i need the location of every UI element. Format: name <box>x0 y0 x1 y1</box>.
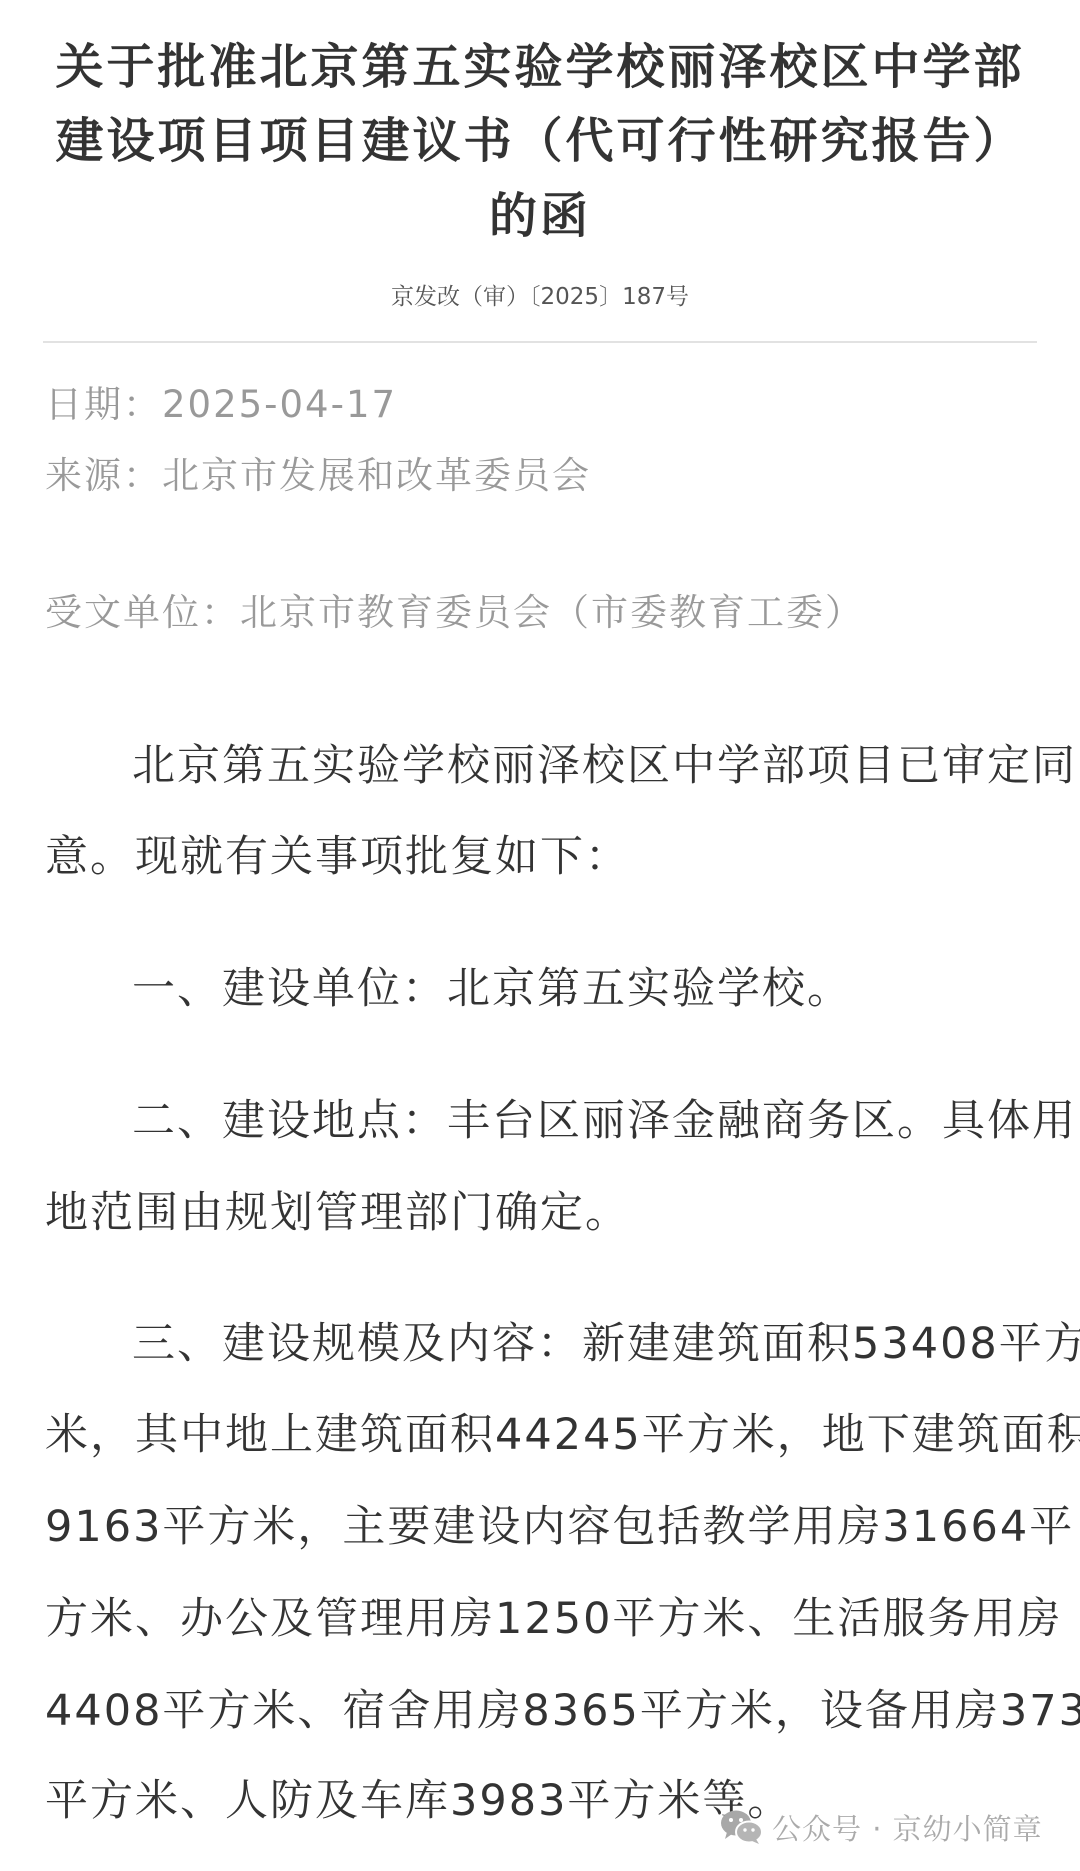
watermark-text: 公众号 · 京幼小简章 <box>772 1807 1043 1848</box>
meta-recipient: 受文单位：北京市教育委员会（市委教育工委） <box>45 588 864 638</box>
paragraph-4-line-1: 三、建设规模及内容：新建建筑面积53408平方 <box>132 1314 1080 1374</box>
paragraph-4-line-5: 4408平方米、宿舍用房8365平方米，设备用房3738 <box>45 1681 1080 1741</box>
document-page: 关于批准北京第五实验学校丽泽校区中学部 建设项目项目建议书（代可行性研究报告） … <box>0 0 1080 1871</box>
paragraph-2-line-1: 一、建设单位：北京第五实验学校。 <box>132 959 852 1019</box>
meta-date-label: 日期： <box>45 383 162 426</box>
meta-recipient-value: 北京市教育委员会（市委教育工委） <box>240 591 864 634</box>
meta-date: 日期：2025-04-17 <box>45 380 397 430</box>
wechat-icon <box>720 1809 764 1845</box>
meta-source-value: 北京市发展和改革委员会 <box>162 454 591 497</box>
paragraph-3-line-1: 二、建设地点：丰台区丽泽金融商务区。具体用 <box>132 1091 1077 1151</box>
watermark: 公众号 · 京幼小简章 <box>720 1806 1043 1848</box>
paragraph-4-line-3: 9163平方米，主要建设内容包括教学用房31664平 <box>45 1497 1074 1557</box>
header-divider <box>43 341 1037 343</box>
paragraph-3-line-2: 地范围由规划管理部门确定。 <box>45 1183 630 1243</box>
document-title-line-3: 的函 <box>0 179 1080 253</box>
paragraph-4-line-4: 方米、办公及管理用房1250平方米、生活服务用房 <box>45 1589 1062 1649</box>
paragraph-4-line-2: 米，其中地上建筑面积44245平方米，地下建筑面积 <box>45 1405 1080 1465</box>
meta-source-label: 来源： <box>45 454 162 497</box>
meta-date-value: 2025-04-17 <box>162 383 397 426</box>
paragraph-1-line-1: 北京第五实验学校丽泽校区中学部项目已审定同 <box>132 736 1077 796</box>
paragraph-1-line-2: 意。现就有关事项批复如下： <box>45 827 630 887</box>
document-title-line-2: 建设项目项目建议书（代可行性研究报告） <box>0 104 1080 178</box>
paragraph-4-line-6: 平方米、人防及车库3983平方米等。 <box>45 1771 792 1831</box>
meta-source: 来源：北京市发展和改革委员会 <box>45 451 591 501</box>
meta-recipient-label: 受文单位： <box>45 591 240 634</box>
document-number: 京发改（审）〔2025〕187号 <box>0 280 1080 314</box>
document-title-line-1: 关于批准北京第五实验学校丽泽校区中学部 <box>0 30 1080 104</box>
